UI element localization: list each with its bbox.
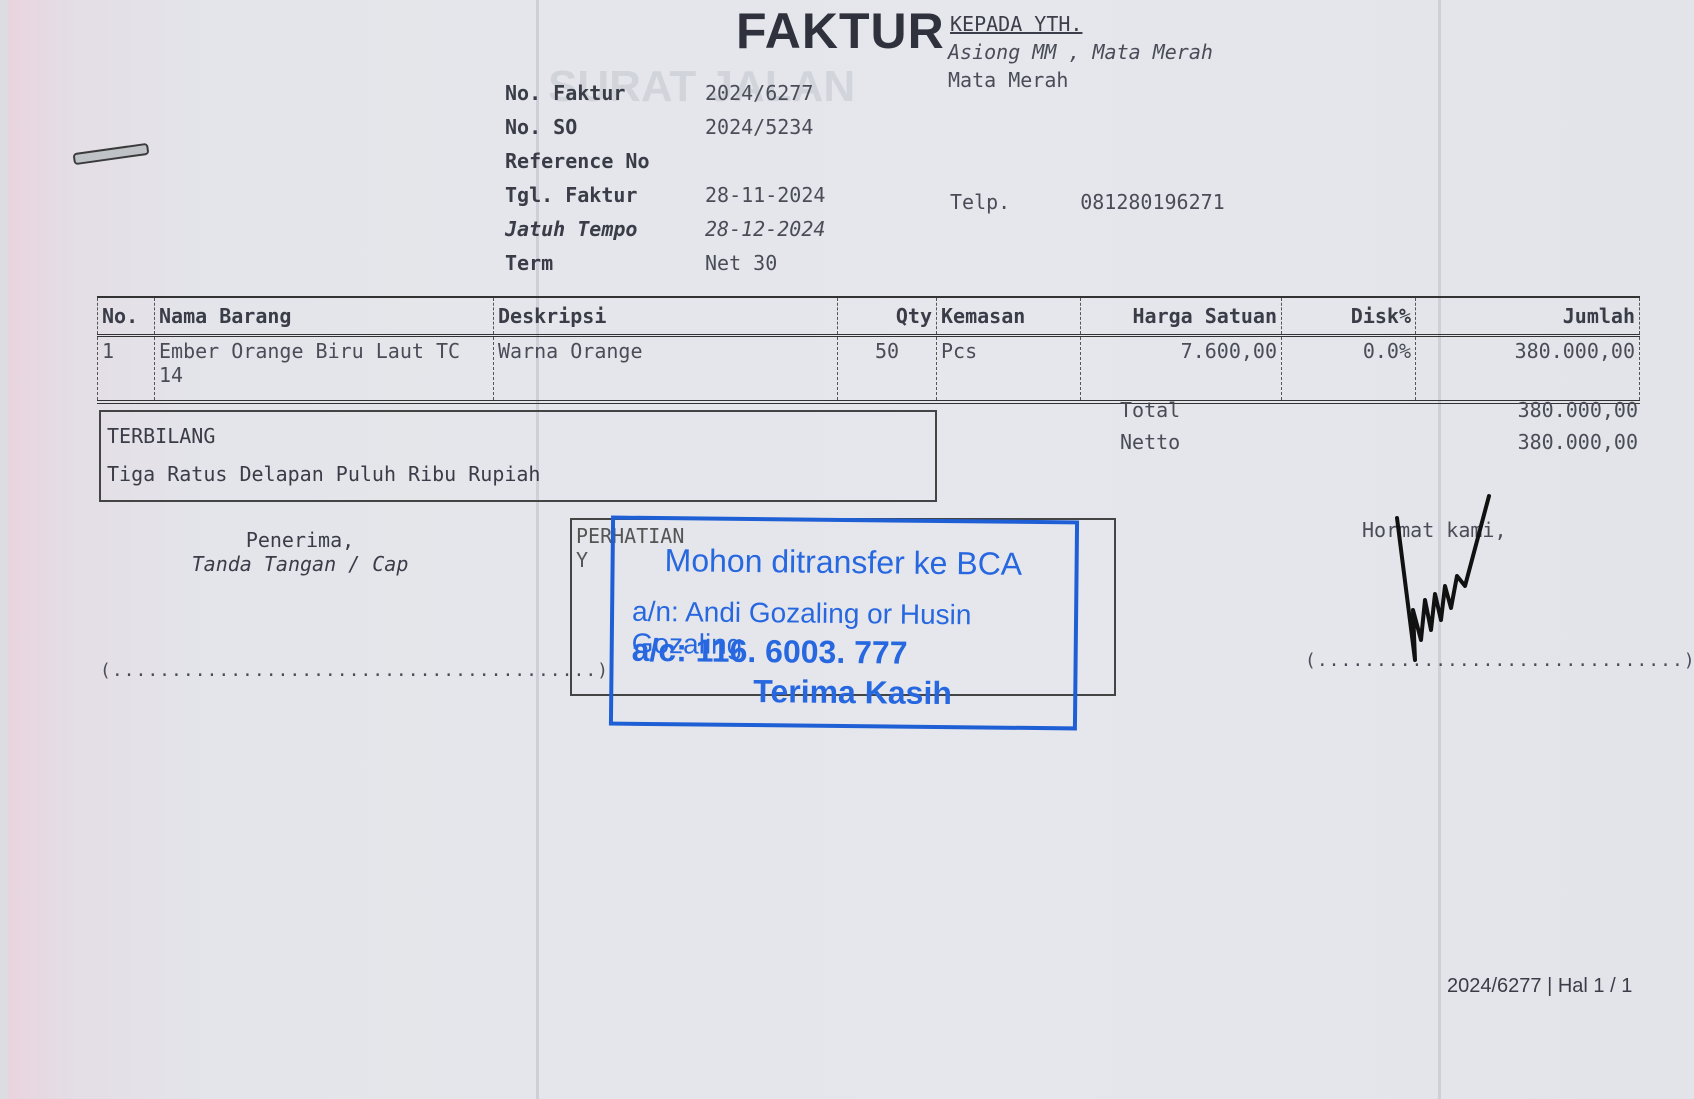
meta-label: Jatuh Tempo (505, 217, 705, 241)
receiver-label: Penerima, (150, 528, 450, 552)
total-row: Total 380.000,00 (1120, 398, 1638, 430)
meta-row-no-faktur: No. Faktur 2024/6277 (505, 76, 825, 110)
meta-label: No. Faktur (505, 81, 705, 105)
header-deskripsi: Deskripsi (494, 297, 838, 336)
stamp-line-1: Mohon ditransfer ke BCA (664, 542, 1022, 583)
header-kemasan: Kemasan (937, 297, 1081, 336)
meta-value: Net 30 (705, 251, 777, 275)
recipient-phone: Telp. 081280196271 (950, 190, 1225, 214)
cell-harga-satuan: 7.600,00 (1081, 336, 1282, 402)
receiver-sublabel: Tanda Tangan / Cap (150, 552, 450, 576)
cell-deskripsi: Warna Orange (494, 336, 838, 402)
terbilang-text: Tiga Ratus Delapan Puluh Ribu Rupiah (107, 462, 929, 486)
header-disk: Disk% (1282, 297, 1416, 336)
invoice-meta: No. Faktur 2024/6277 No. SO 2024/5234 Re… (505, 76, 825, 280)
terbilang-box: TERBILANG Tiga Ratus Delapan Puluh Ribu … (99, 410, 937, 502)
staple (73, 143, 150, 165)
meta-label: Tgl. Faktur (505, 183, 705, 207)
totals: Total 380.000,00 Netto 380.000,00 (1120, 398, 1638, 462)
phone-value: 081280196271 (1080, 190, 1225, 214)
cell-qty: 50 (838, 336, 937, 402)
recipient-heading: KEPADA YTH. (950, 12, 1082, 36)
total-label: Total (1120, 398, 1180, 430)
signature-icon (1385, 490, 1495, 670)
total-value: 380.000,00 (1518, 398, 1638, 430)
meta-label: No. SO (505, 115, 705, 139)
meta-value: 2024/5234 (705, 115, 813, 139)
meta-row-term: Term Net 30 (505, 246, 825, 280)
netto-value: 380.000,00 (1518, 430, 1638, 462)
document-title: FAKTUR (736, 2, 945, 60)
header-harga-satuan: Harga Satuan (1081, 297, 1282, 336)
receiver-signature-block: Penerima, Tanda Tangan / Cap (150, 528, 450, 576)
sender-signature-line: (...............................) (1305, 650, 1694, 671)
meta-value: 2024/6277 (705, 81, 813, 105)
header-jumlah: Jumlah (1416, 297, 1640, 336)
meta-row-tgl-faktur: Tgl. Faktur 28-11-2024 (505, 178, 825, 212)
terbilang-label: TERBILANG (107, 424, 929, 448)
recipient-city: Mata Merah (948, 68, 1068, 92)
table-header-row: No. Nama Barang Deskripsi Qty Kemasan Ha… (98, 297, 1640, 336)
cell-no: 1 (98, 336, 155, 402)
stamp-line-4: Terima Kasih (753, 673, 952, 712)
page-footer: 2024/6277 | Hal 1 / 1 (1447, 975, 1632, 998)
items-table: No. Nama Barang Deskripsi Qty Kemasan Ha… (97, 296, 1640, 404)
phone-label: Telp. (950, 190, 1010, 214)
netto-label: Netto (1120, 430, 1180, 462)
cell-nama-barang: Ember Orange Biru Laut TC 14 (155, 336, 494, 402)
meta-label: Term (505, 251, 705, 275)
recipient-name: Asiong MM , Mata Merah (948, 40, 1213, 64)
stamp-line-3: a/c: 116. 6003. 777 (632, 632, 908, 672)
header-nama-barang: Nama Barang (155, 297, 494, 336)
table-row: 1 Ember Orange Biru Laut TC 14 Warna Ora… (98, 336, 1640, 402)
meta-label: Reference No (505, 149, 705, 173)
receiver-signature-line: (.......................................… (100, 660, 609, 681)
meta-value: 28-12-2024 (705, 217, 825, 241)
header-no: No. (98, 297, 155, 336)
meta-value: 28-11-2024 (705, 183, 825, 207)
cell-kemasan: Pcs (937, 336, 1081, 402)
meta-row-jatuh-tempo: Jatuh Tempo 28-12-2024 (505, 212, 825, 246)
cell-jumlah: 380.000,00 (1416, 336, 1640, 402)
bank-transfer-stamp: Mohon ditransfer ke BCA a/n: Andi Gozali… (609, 516, 1079, 731)
header-qty: Qty (838, 297, 937, 336)
meta-row-no-so: No. SO 2024/5234 (505, 110, 825, 144)
netto-row: Netto 380.000,00 (1120, 430, 1638, 462)
meta-row-reference-no: Reference No (505, 144, 825, 178)
cell-disk: 0.0% (1282, 336, 1416, 402)
